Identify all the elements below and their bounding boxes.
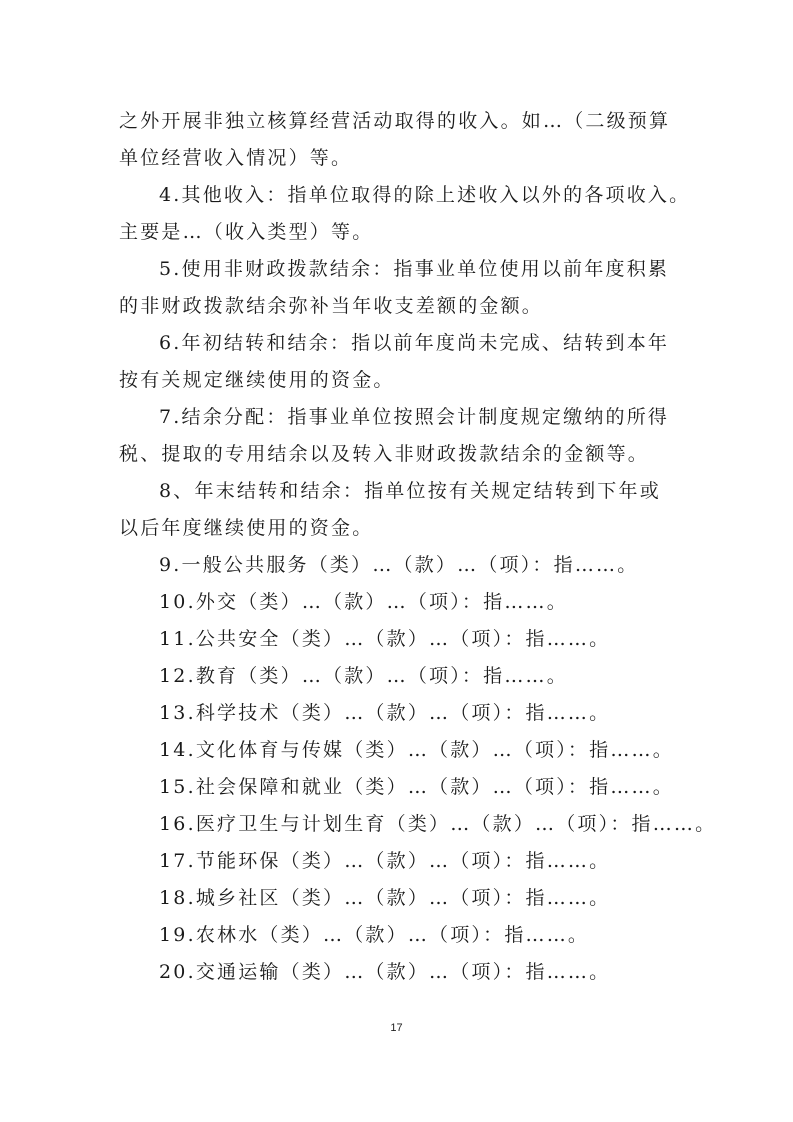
text-line: 按有关规定继续使用的资金。: [119, 362, 679, 399]
text-line: 6.年初结转和结余：指以前年度尚未完成、结转到本年: [119, 325, 679, 362]
list-item: 14.文化体育与传媒（类）…（款）…（项）：指……。: [119, 732, 679, 769]
list-item: 15.社会保障和就业（类）…（款）…（项）：指……。: [119, 769, 679, 806]
paragraph-surplus-distribution: 7.结余分配：指事业单位按照会计制度规定缴纳的所得 税、提取的专用结余以及转入非…: [119, 399, 679, 473]
text-line: 单位经营收入情况）等。: [119, 140, 679, 177]
paragraph-continuation: 之外开展非独立核算经营活动取得的收入。如…（二级预算 单位经营收入情况）等。: [119, 103, 679, 177]
text-line: 的非财政拨款结余弥补当年收支差额的金额。: [119, 288, 679, 325]
text-line: 以后年度继续使用的资金。: [119, 510, 679, 547]
list-item: 11.公共安全（类）…（款）…（项）：指……。: [119, 621, 679, 658]
list-item: 10.外交（类）…（款）…（项）：指……。: [119, 584, 679, 621]
text-line: 4.其他收入：指单位取得的除上述收入以外的各项收入。: [119, 177, 679, 214]
list-item: 18.城乡社区（类）…（款）…（项）：指……。: [119, 880, 679, 917]
text-line: 税、提取的专用结余以及转入非财政拨款结余的金额等。: [119, 436, 679, 473]
text-line: 主要是…（收入类型）等。: [119, 214, 679, 251]
list-item: 12.教育（类）…（款）…（项）：指……。: [119, 658, 679, 695]
expenditure-category-list: 9.一般公共服务（类）…（款）…（项）：指……。 10.外交（类）…（款）…（项…: [119, 547, 679, 991]
list-item: 19.农林水（类）…（款）…（项）：指……。: [119, 917, 679, 954]
text-line: 之外开展非独立核算经营活动取得的收入。如…（二级预算: [119, 103, 679, 140]
paragraph-closing-carryover: 8、年末结转和结余：指单位按有关规定结转到下年或 以后年度继续使用的资金。: [119, 473, 679, 547]
text-line: 7.结余分配：指事业单位按照会计制度规定缴纳的所得: [119, 399, 679, 436]
text-line: 8、年末结转和结余：指单位按有关规定结转到下年或: [119, 473, 679, 510]
list-item: 16.医疗卫生与计划生育（类）…（款）…（项）：指……。: [119, 806, 679, 843]
document-page: 之外开展非独立核算经营活动取得的收入。如…（二级预算 单位经营收入情况）等。 4…: [119, 103, 679, 991]
paragraph-opening-carryover: 6.年初结转和结余：指以前年度尚未完成、结转到本年 按有关规定继续使用的资金。: [119, 325, 679, 399]
list-item: 13.科学技术（类）…（款）…（项）：指……。: [119, 695, 679, 732]
page-number: 17: [0, 1022, 793, 1034]
list-item: 17.节能环保（类）…（款）…（项）：指……。: [119, 843, 679, 880]
text-line: 5.使用非财政拨款结余：指事业单位使用以前年度积累: [119, 251, 679, 288]
paragraph-non-fiscal-balance: 5.使用非财政拨款结余：指事业单位使用以前年度积累 的非财政拨款结余弥补当年收支…: [119, 251, 679, 325]
paragraph-other-income: 4.其他收入：指单位取得的除上述收入以外的各项收入。 主要是…（收入类型）等。: [119, 177, 679, 251]
list-item: 20.交通运输（类）…（款）…（项）：指……。: [119, 954, 679, 991]
list-item: 9.一般公共服务（类）…（款）…（项）：指……。: [119, 547, 679, 584]
